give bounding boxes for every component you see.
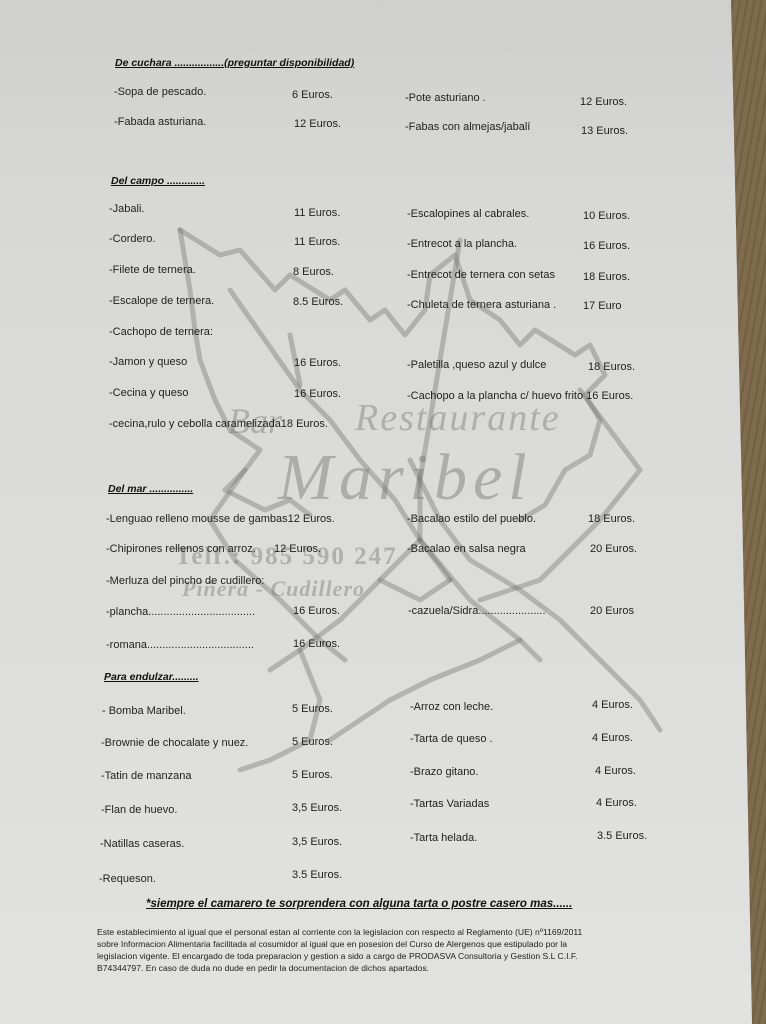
menu-item-price: 20 Euros.: [590, 543, 637, 555]
menu-item-name: - Bomba Maribel.: [102, 705, 186, 717]
menu-item-price: 3.5 Euros.: [292, 869, 342, 881]
menu-item-name: -plancha................................…: [106, 606, 255, 618]
menu-item-price: 8 Euros.: [293, 266, 334, 278]
menu-item-name: -Tartas Variadas: [410, 798, 489, 810]
legal-line: B74344797. En caso de duda no dude en pe…: [97, 962, 697, 974]
menu-item-name: -Flan de huevo.: [101, 804, 177, 816]
menu-item-price: 11 Euros.: [294, 236, 340, 248]
menu-item-name: -Natillas caseras.: [100, 838, 184, 850]
menu-item-price: 6 Euros.: [292, 89, 333, 101]
legal-line: Este establecimiento al igual que el per…: [97, 926, 697, 938]
menu-item-price: 3,5 Euros.: [292, 836, 342, 848]
menu-item-name: -Cecina y queso: [109, 387, 189, 399]
menu-item-name: -Escalopines al cabrales.: [407, 208, 529, 220]
menu-item-price: 3,5 Euros.: [292, 802, 342, 814]
menu-item-name: -Cachopo de ternera:: [109, 326, 213, 338]
menu-item-name: -Chuleta de ternera asturiana .: [407, 299, 556, 311]
menu-item-price: 4 Euros.: [595, 765, 636, 777]
menu-item-name: -Bacalao estilo del pueblo.: [407, 513, 536, 525]
menu-item-name: -Tarta helada.: [410, 832, 477, 844]
menu-item-price: 4 Euros.: [592, 699, 633, 711]
menu-item-name: -Lenguao relleno mousse de gambas12 Euro…: [106, 513, 335, 525]
menu-item-price: 16 Euros.: [293, 638, 340, 650]
menu-item-name: -Escalope de ternera.: [109, 295, 214, 307]
menu-item-name: -Paletilla ,queso azul y dulce: [407, 359, 546, 371]
menu-item-name: -Cachopo a la plancha c/ huevo frito 16 …: [407, 390, 633, 402]
menu-item-price: 10 Euros.: [583, 210, 630, 222]
menu-item-name: -Fabas con almejas/jabalí: [405, 121, 530, 133]
menu-item-name: -romana.................................…: [106, 639, 254, 651]
menu-item-name: -Requeson.: [99, 873, 156, 885]
menu-item-price: 16 Euros.: [294, 388, 341, 400]
menu-item-name: -Fabada asturiana.: [114, 116, 206, 128]
menu-item-price: 18 Euros.: [588, 513, 635, 525]
menu-item-price: 12 Euros.: [294, 118, 341, 130]
section-heading-para-endulzar: Para endulzar.........: [104, 671, 199, 683]
menu-item-price: 8.5 Euros.: [293, 296, 343, 308]
allergen-legal-notice: Este establecimiento al igual que el per…: [97, 926, 697, 974]
menu-item-price: 16 Euros.: [583, 240, 630, 252]
menu-item-name: -Cordero.: [109, 233, 155, 245]
menu-item-price: 4 Euros.: [596, 797, 637, 809]
menu-item-price: 20 Euros: [590, 605, 634, 617]
menu-item-name: -Pote asturiano .: [405, 92, 486, 104]
menu-item-price: 18 Euros.: [583, 271, 630, 283]
menu-item-price: 18 Euros.: [588, 361, 635, 373]
menu-item-price: 5 Euros.: [292, 703, 333, 715]
menu-item-name: -Filete de ternera.: [109, 264, 196, 276]
menu-item-name: -Entrecot de ternera con setas: [407, 269, 555, 281]
menu-item-price: 16 Euros.: [293, 605, 340, 617]
section-heading-del-campo: Del campo .............: [111, 175, 205, 187]
menu-item-price: 12 Euros.: [274, 543, 321, 555]
menu-item-name: -Entrecot a la plancha.: [407, 238, 517, 250]
menu-item-name: -Sopa de pescado.: [114, 86, 206, 98]
menu-item-price: 5 Euros.: [292, 736, 333, 748]
menu-item-price: 3.5 Euros.: [597, 830, 647, 842]
dessert-note: *siempre el camarero te sorprendera con …: [146, 898, 572, 910]
menu-item-name: -Brownie de chocalate y nuez.: [101, 737, 248, 749]
section-heading-de-cuchara: De cuchara .................(preguntar d…: [115, 57, 354, 69]
menu-item-name: -Merluza del pincho de cudillero:: [106, 575, 264, 587]
menu-item-name: -Brazo gitano.: [410, 766, 478, 778]
legal-line: sobre Informacion Alimentaria facilitada…: [97, 938, 697, 950]
menu-sheet: Bar Restaurante Maribel Telf.: 985 590 2…: [0, 0, 766, 1024]
menu-item-name: -Jabali.: [109, 203, 144, 215]
menu-content: De cuchara .................(preguntar d…: [0, 0, 766, 1024]
menu-item-name: -Tatin de manzana: [101, 770, 192, 782]
menu-item-price: 13 Euros.: [581, 125, 628, 137]
menu-item-name: -Chipirones rellenos con arroz.: [106, 543, 256, 555]
menu-item-price: 4 Euros.: [592, 732, 633, 744]
menu-item-name: -Tarta de queso .: [410, 733, 493, 745]
section-heading-del-mar: Del mar ...............: [108, 483, 193, 495]
menu-item-name: -Jamon y queso: [109, 356, 187, 368]
menu-item-name: -Bacalao en salsa negra: [407, 543, 526, 555]
menu-item-price: 17 Euro: [583, 300, 622, 312]
menu-item-name: -cazuela/Sidra......................: [408, 605, 546, 617]
menu-item-price: 5 Euros.: [292, 769, 333, 781]
legal-line: legislacion vigente. El encargado de tod…: [97, 950, 697, 962]
menu-item-price: 11 Euros.: [294, 207, 340, 219]
menu-item-name: -Arroz con leche.: [410, 701, 493, 713]
menu-item-price: 16 Euros.: [294, 357, 341, 369]
menu-item-price: 12 Euros.: [580, 96, 627, 108]
menu-item-name: -cecina,rulo y cebolla caramelizada18 Eu…: [109, 418, 328, 430]
